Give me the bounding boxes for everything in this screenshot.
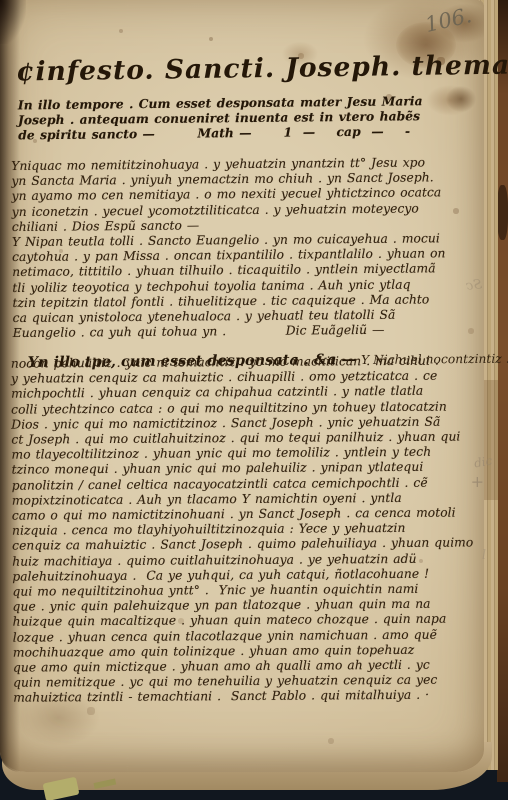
corner-shadow — [0, 0, 26, 44]
ink-showthrough-mark: Sc — [465, 277, 483, 294]
cover-stain — [497, 185, 508, 240]
book-cover-edge — [497, 0, 508, 782]
margin-cross-mark: + — [471, 472, 484, 491]
manuscript-line: mahuiztica tzintli - temachtiani . Sanct… — [13, 688, 481, 706]
body-text-block-2: nocon pehualtiz . ynic ni temachtiz . yc… — [11, 353, 481, 706]
ink-speckles — [0, 0, 2, 2]
margin-tick-mark: l — [482, 548, 486, 563]
latin-incipit-heading: In illo tempore . Cum esset desponsata m… — [18, 93, 478, 143]
body-text-block-1: Yniquac mo nemititzinohuaya . y yehuatzi… — [11, 155, 481, 342]
manuscript-photo: 106. ¢infesto. Sancti. Joseph. thema. In… — [0, 0, 508, 800]
